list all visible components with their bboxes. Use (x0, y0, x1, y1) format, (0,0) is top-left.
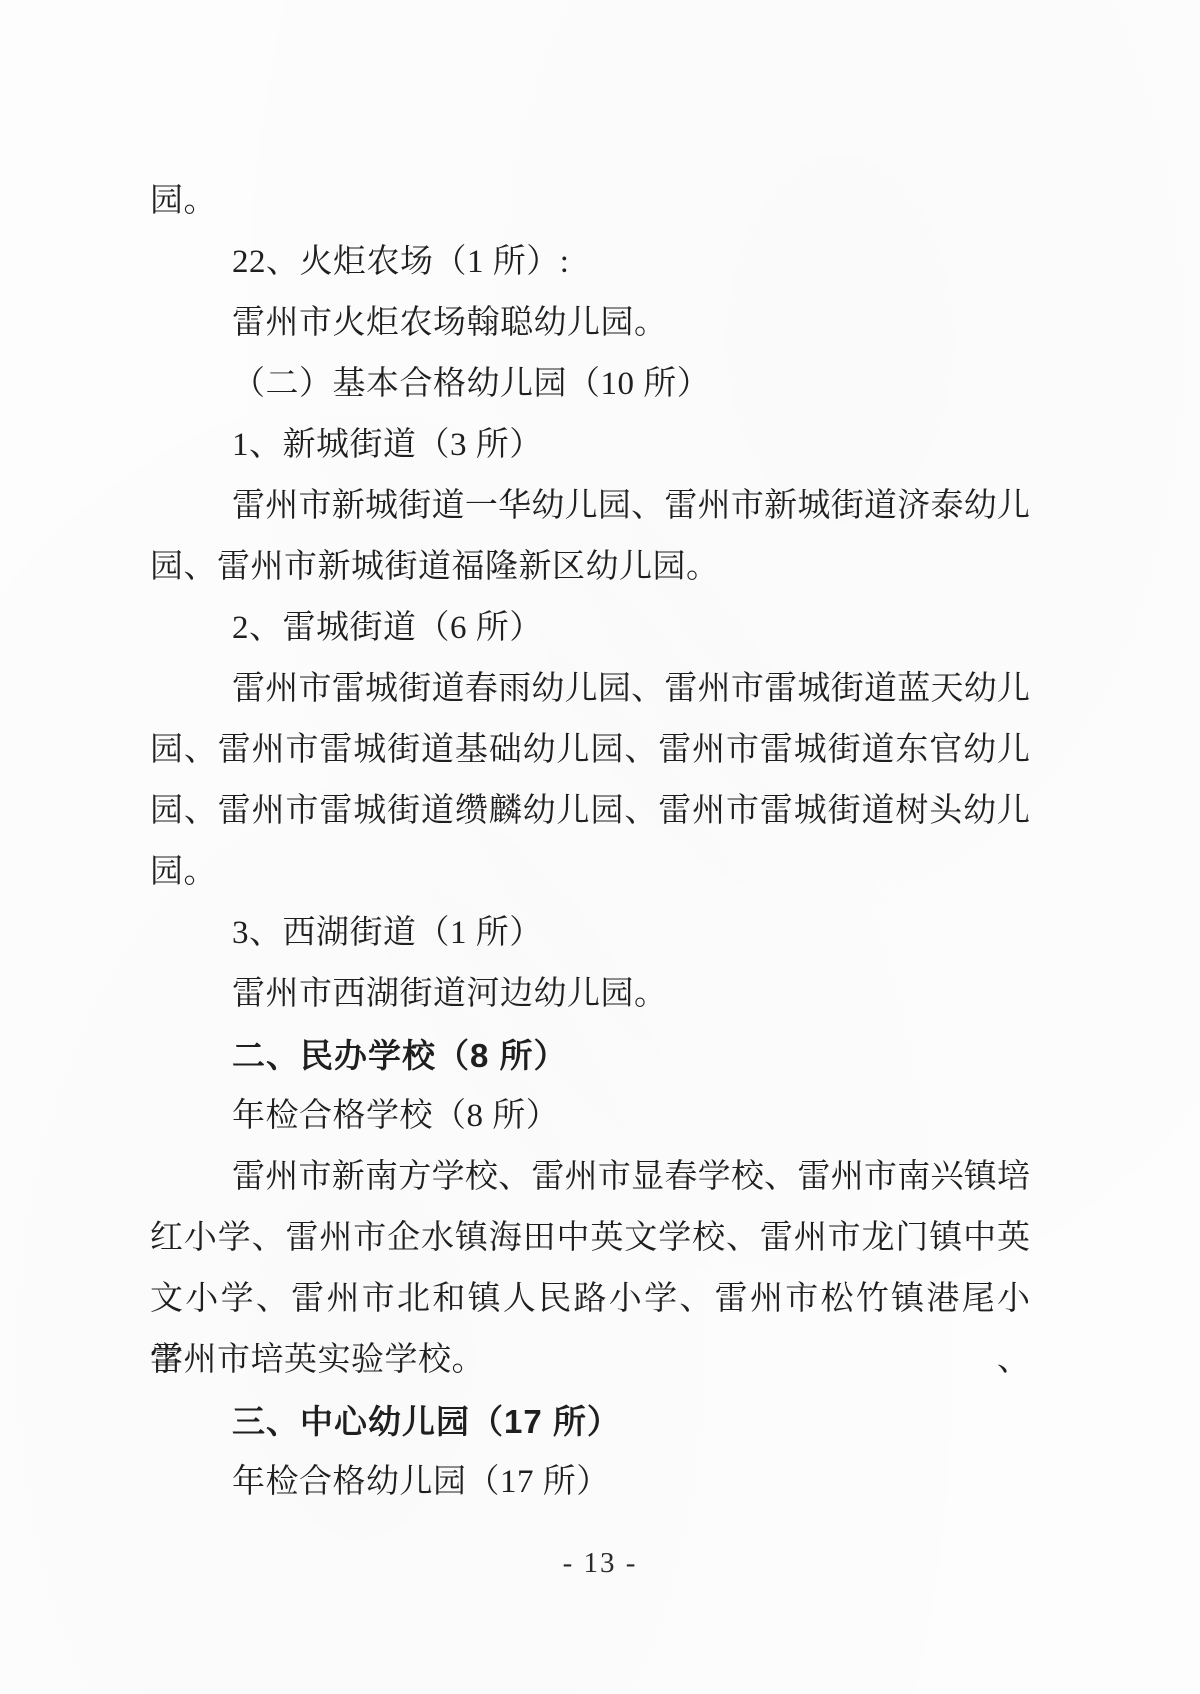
text-line: 园、雷州市雷城街道基础幼儿园、雷州市雷城街道东官幼儿 (150, 720, 1030, 781)
text-line: （二）基本合格幼儿园（10 所） (150, 354, 1030, 415)
text-line: 1、新城街道（3 所） (150, 415, 1030, 476)
text-line: 年检合格学校（8 所） (150, 1086, 1030, 1147)
text-line: 园。 (150, 842, 1030, 903)
section-heading: 三、中心幼儿园（17 所） (150, 1391, 1030, 1452)
text-line: 园。 (150, 171, 1030, 232)
text-line: 雷州市西湖街道河边幼儿园。 (150, 964, 1030, 1025)
text-line: 22、火炬农场（1 所）: (150, 232, 1030, 293)
text-line: 雷州市雷城街道春雨幼儿园、雷州市雷城街道蓝天幼儿 (150, 659, 1030, 720)
text-line: 年检合格幼儿园（17 所） (150, 1452, 1030, 1513)
section-heading: 二、民办学校（8 所） (150, 1025, 1030, 1086)
text-line: 2、雷城街道（6 所） (150, 598, 1030, 659)
text-line: 3、西湖街道（1 所） (150, 903, 1030, 964)
text-line: 雷州市火炬农场翰聪幼儿园。 (150, 293, 1030, 354)
text-line: 园、雷州市新城街道福隆新区幼儿园。 (150, 537, 1030, 598)
text-line: 文小学、雷州市北和镇人民路小学、雷州市松竹镇港尾小学、 (150, 1269, 1030, 1330)
text-line: 雷州市新南方学校、雷州市显春学校、雷州市南兴镇培 (150, 1147, 1030, 1208)
text-line: 红小学、雷州市企水镇海田中英文学校、雷州市龙门镇中英 (150, 1208, 1030, 1269)
page-number: - 13 - (0, 1543, 1200, 1583)
text-line: 雷州市新城街道一华幼儿园、雷州市新城街道济泰幼儿 (150, 476, 1030, 537)
document-body: 园。22、火炬农场（1 所）:雷州市火炬农场翰聪幼儿园。（二）基本合格幼儿园（1… (150, 171, 1030, 1513)
document-page: 园。22、火炬农场（1 所）:雷州市火炬农场翰聪幼儿园。（二）基本合格幼儿园（1… (0, 0, 1200, 1694)
text-line: 园、雷州市雷城街道缵麟幼儿园、雷州市雷城街道树头幼儿 (150, 781, 1030, 842)
